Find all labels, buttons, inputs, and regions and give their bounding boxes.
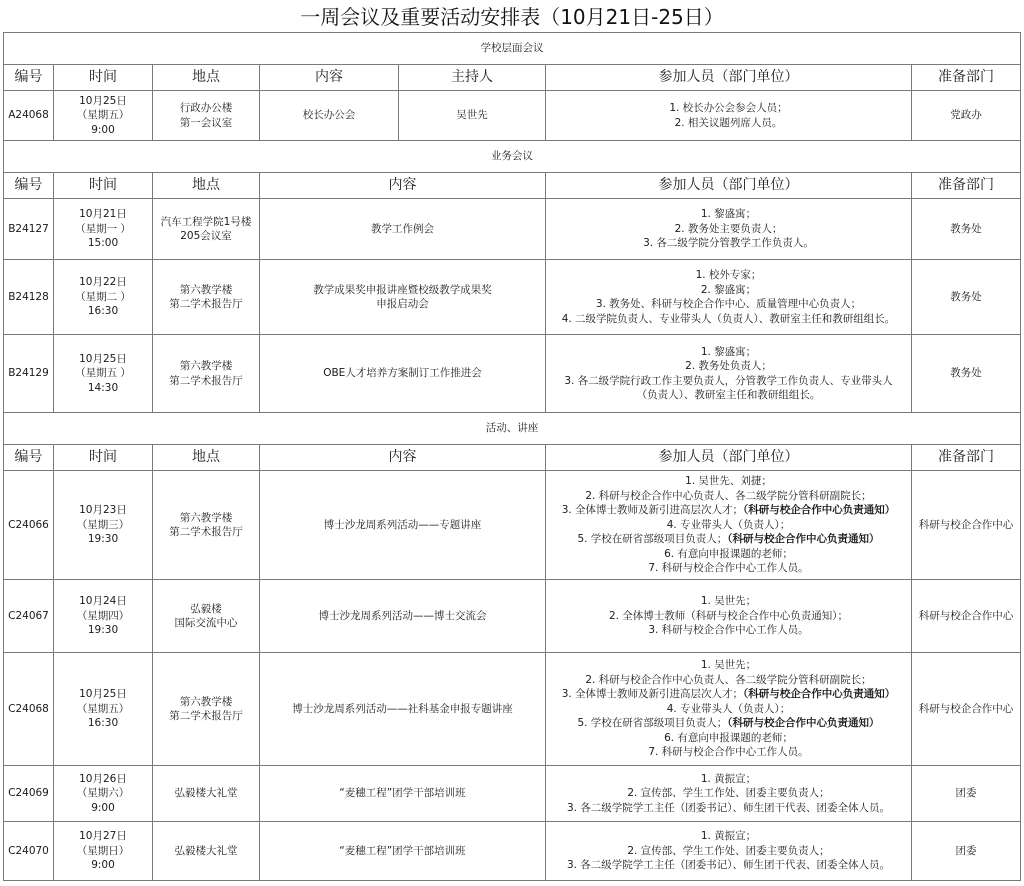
attendee-text: 2. 教务处主要负责人；	[675, 223, 783, 235]
event-place: 行政办公楼第一会议室	[153, 91, 260, 141]
section-title: 活动、讲座	[4, 413, 1021, 445]
event-place: 弘毅楼大礼堂	[153, 766, 260, 822]
event-attendees: 1. 校外专家；2. 黎盛寓；3. 教务处、科研与校企合作中心、质量管理中心负责…	[546, 260, 912, 335]
event-content: OBE人才培养方案制订工作推进会	[260, 335, 546, 413]
table-row: B2412910月25日（星期五 ）14:30第六教学楼第二学术报告厅OBE人才…	[4, 335, 1021, 413]
attendee-text: 5. 学校在研省部级项目负责人；	[577, 717, 727, 729]
event-content: 校长办公会	[260, 91, 399, 141]
event-prep-dept: 党政办	[912, 91, 1021, 141]
attendee-line: 1. 黎盛寓；	[549, 207, 908, 222]
event-host: 吴世先	[399, 91, 546, 141]
time-time: 9:00	[57, 858, 149, 873]
time-weekday: （星期二 ）	[57, 290, 149, 305]
attendee-text: 6. 有意向申报课题的老师；	[664, 732, 793, 744]
time-time: 19:30	[57, 623, 149, 638]
event-time: 10月21日（星期一 ）15:00	[54, 199, 153, 260]
content-line: 博士沙龙周系列活动——社科基金申报专题讲座	[263, 702, 542, 717]
place-line: 行政办公楼	[156, 101, 256, 116]
event-place: 弘毅楼大礼堂	[153, 822, 260, 881]
event-id: C24070	[4, 822, 54, 881]
event-prep-dept: 团委	[912, 822, 1021, 881]
attendee-line: 2. 宣传部、学生工作处、团委主要负责人；	[549, 786, 908, 801]
time-weekday: （星期一 ）	[57, 222, 149, 237]
event-content: 博士沙龙周系列活动——博士交流会	[260, 580, 546, 653]
col-id-header: 编号	[4, 445, 54, 471]
time-weekday: （星期六）	[57, 786, 149, 801]
attendee-text: 7. 科研与校企合作中心工作人员。	[648, 746, 808, 758]
attendee-text: 5. 学校在研省部级项目负责人；	[577, 533, 727, 545]
attendee-text: 2. 宣传部、学生工作处、团委主要负责人；	[627, 787, 829, 799]
place-line: 国际交流中心	[156, 616, 256, 631]
attendee-line: 6. 有意向申报课题的老师；	[549, 547, 908, 562]
col-content-header: 内容	[260, 173, 546, 199]
col-attendees-header: 参加人员（部门单位）	[546, 445, 912, 471]
table-row: A2406810月25日（星期五）9:00行政办公楼第一会议室校长办公会吴世先1…	[4, 91, 1021, 141]
time-date: 10月23日	[57, 503, 149, 518]
event-content: 教学工作例会	[260, 199, 546, 260]
attendee-text: 1. 吴世先；	[701, 659, 756, 671]
content-line: 教学成果奖申报讲座暨校级教学成果奖	[263, 283, 542, 298]
col-place-header: 地点	[153, 445, 260, 471]
time-weekday: （星期五）	[57, 702, 149, 717]
attendee-line: 1. 黄振宣；	[549, 772, 908, 787]
attendee-line: 4. 专业带头人（负责人）；	[549, 518, 908, 533]
time-weekday: （星期日）	[57, 844, 149, 859]
place-line: 汽车工程学院1号楼	[156, 215, 256, 230]
attendee-text: 2. 教务处负责人；	[685, 360, 772, 372]
col-attendees-header: 参加人员（部门单位）	[546, 173, 912, 199]
notice-note: （科研与校企合作中心负责通知）	[743, 504, 895, 516]
content-line: OBE人才培养方案制订工作推进会	[263, 366, 542, 381]
attendee-text: 2. 科研与校企合作中心负责人、各二级学院分管科研副院长；	[585, 490, 871, 502]
notice-note: （科研与校企合作中心负责通知）	[727, 717, 879, 729]
event-attendees: 1. 黄振宣；2. 宣传部、学生工作处、团委主要负责人；3. 各二级学院学工主任…	[546, 822, 912, 881]
table-row: C2406910月26日（星期六）9:00弘毅楼大礼堂“麦穗工程”团学干部培训班…	[4, 766, 1021, 822]
content-line: “麦穗工程”团学干部培训班	[263, 844, 542, 859]
attendee-line: 1. 校外专家；	[549, 268, 908, 283]
time-time: 14:30	[57, 381, 149, 396]
time-date: 10月25日	[57, 687, 149, 702]
attendee-line: 1. 吴世先；	[549, 658, 908, 673]
time-time: 15:00	[57, 236, 149, 251]
event-prep-dept: 教务处	[912, 335, 1021, 413]
attendee-text: 2. 宣传部、学生工作处、团委主要负责人；	[627, 845, 829, 857]
event-time: 10月22日（星期二 ）16:30	[54, 260, 153, 335]
attendee-line: 3. 各二级学院分管教学工作负责人。	[549, 236, 908, 251]
content-line: 博士沙龙周系列活动——专题讲座	[263, 518, 542, 533]
event-place: 第六教学楼第二学术报告厅	[153, 471, 260, 580]
attendee-line: 1. 黄振宣；	[549, 829, 908, 844]
event-prep-dept: 教务处	[912, 260, 1021, 335]
event-content: 博士沙龙周系列活动——专题讲座	[260, 471, 546, 580]
time-date: 10月27日	[57, 829, 149, 844]
attendee-text: 2. 相关议题列席人员。	[675, 117, 783, 129]
attendee-text: 2. 科研与校企合作中心负责人、各二级学院分管科研副院长；	[585, 674, 871, 686]
attendee-line: 1. 校长办公会参会人员；	[549, 101, 908, 116]
event-content: 博士沙龙周系列活动——社科基金申报专题讲座	[260, 653, 546, 766]
col-time-header: 时间	[54, 445, 153, 471]
notice-note: （科研与校企合作中心负责通知）	[743, 688, 895, 700]
attendee-text: 1. 黄振宣；	[701, 773, 756, 785]
attendee-line: 7. 科研与校企合作中心工作人员。	[549, 745, 908, 760]
attendee-line: 2. 黎盛寓；	[549, 283, 908, 298]
attendee-line: 1. 黎盛寓；	[549, 345, 908, 360]
attendee-text: 4. 二级学院负责人、专业带头人（负责人）、教研室主任和教研组组长。	[562, 313, 896, 325]
place-line: 第六教学楼	[156, 511, 256, 526]
attendee-line: 2. 教务处负责人；	[549, 359, 908, 374]
content-line: “麦穗工程”团学干部培训班	[263, 786, 542, 801]
section-title: 业务会议	[4, 141, 1021, 173]
event-attendees: 1. 吴世先；2. 科研与校企合作中心负责人、各二级学院分管科研副院长；3. 全…	[546, 653, 912, 766]
attendee-text: （负责人）、教研室主任和教研组组长。	[637, 389, 821, 401]
attendee-text: 3. 各二级学院学工主任（团委书记）、师生团干代表、团委全体人员。	[567, 859, 890, 871]
col-id-header: 编号	[4, 65, 54, 91]
attendee-line: 3. 全体博士教师及新引进高层次人才；（科研与校企合作中心负责通知）	[549, 687, 908, 702]
attendee-line: 5. 学校在研省部级项目负责人；（科研与校企合作中心负责通知）	[549, 716, 908, 731]
column-header-row: 编号时间地点内容主持人参加人员（部门单位）准备部门	[4, 65, 1021, 91]
table-row: C2406710月24日（星期四）19:30弘毅楼国际交流中心博士沙龙周系列活动…	[4, 580, 1021, 653]
attendee-text: 6. 有意向申报课题的老师；	[664, 548, 793, 560]
attendee-line: 3. 各二级学院行政工作主要负责人，分管教学工作负责人、专业带头人	[549, 374, 908, 389]
attendee-line: 6. 有意向申报课题的老师；	[549, 731, 908, 746]
section-header-row: 业务会议	[4, 141, 1021, 173]
attendee-line: 3. 各二级学院学工主任（团委书记）、师生团干代表、团委全体人员。	[549, 801, 908, 816]
event-place: 第六教学楼第二学术报告厅	[153, 260, 260, 335]
event-prep-dept: 科研与校企合作中心	[912, 653, 1021, 766]
attendee-text: 3. 各二级学院分管教学工作负责人。	[643, 237, 814, 249]
time-time: 9:00	[57, 123, 149, 138]
attendee-text: 2. 全体博士教师（科研与校企合作中心负责通知）；	[609, 610, 848, 622]
place-line: 第二学术报告厅	[156, 709, 256, 724]
event-time: 10月25日（星期五）9:00	[54, 91, 153, 141]
col-id-header: 编号	[4, 173, 54, 199]
column-header-row: 编号时间地点内容参加人员（部门单位）准备部门	[4, 173, 1021, 199]
event-prep-dept: 科研与校企合作中心	[912, 580, 1021, 653]
event-id: B24127	[4, 199, 54, 260]
attendee-text: 1. 校长办公会参会人员；	[669, 102, 787, 114]
attendee-line: 2. 全体博士教师（科研与校企合作中心负责通知）；	[549, 609, 908, 624]
attendee-text: 4. 专业带头人（负责人）；	[667, 519, 791, 531]
place-line: 弘毅楼大礼堂	[156, 844, 256, 859]
place-line: 第二学术报告厅	[156, 297, 256, 312]
event-attendees: 1. 校长办公会参会人员；2. 相关议题列席人员。	[546, 91, 912, 141]
attendee-line: 1. 吴世先；	[549, 594, 908, 609]
place-line: 弘毅楼	[156, 602, 256, 617]
event-attendees: 1. 吴世先、刘捷；2. 科研与校企合作中心负责人、各二级学院分管科研副院长；3…	[546, 471, 912, 580]
event-place: 汽车工程学院1号楼205会议室	[153, 199, 260, 260]
time-time: 16:30	[57, 304, 149, 319]
column-header-row: 编号时间地点内容参加人员（部门单位）准备部门	[4, 445, 1021, 471]
time-weekday: （星期三）	[57, 518, 149, 533]
time-weekday: （星期五）	[57, 108, 149, 123]
event-content: “麦穗工程”团学干部培训班	[260, 766, 546, 822]
attendee-line: 4. 二级学院负责人、专业带头人（负责人）、教研室主任和教研组组长。	[549, 312, 908, 327]
section-header-row: 学校层面会议	[4, 33, 1021, 65]
col-time-header: 时间	[54, 173, 153, 199]
col-content-header: 内容	[260, 445, 546, 471]
event-attendees: 1. 黎盛寓；2. 教务处负责人；3. 各二级学院行政工作主要负责人，分管教学工…	[546, 335, 912, 413]
place-line: 第二学术报告厅	[156, 374, 256, 389]
time-date: 10月25日	[57, 94, 149, 109]
attendee-line: 1. 吴世先、刘捷；	[549, 474, 908, 489]
event-prep-dept: 团委	[912, 766, 1021, 822]
event-attendees: 1. 吴世先；2. 全体博士教师（科研与校企合作中心负责通知）；3. 科研与校企…	[546, 580, 912, 653]
time-time: 19:30	[57, 532, 149, 547]
time-date: 10月25日	[57, 352, 149, 367]
section-title: 学校层面会议	[4, 33, 1021, 65]
event-time: 10月25日（星期五）16:30	[54, 653, 153, 766]
event-content: “麦穗工程”团学干部培训班	[260, 822, 546, 881]
event-attendees: 1. 黎盛寓；2. 教务处主要负责人；3. 各二级学院分管教学工作负责人。	[546, 199, 912, 260]
attendee-line: 3. 科研与校企合作中心工作人员。	[549, 623, 908, 638]
event-id: B24128	[4, 260, 54, 335]
content-line: 教学工作例会	[263, 222, 542, 237]
attendee-line: 3. 教务处、科研与校企合作中心、质量管理中心负责人；	[549, 297, 908, 312]
attendee-line: 3. 全体博士教师及新引进高层次人才；（科研与校企合作中心负责通知）	[549, 503, 908, 518]
attendee-line: 4. 专业带头人（负责人）；	[549, 702, 908, 717]
col-time-header: 时间	[54, 65, 153, 91]
event-id: A24068	[4, 91, 54, 141]
time-time: 9:00	[57, 801, 149, 816]
place-line: 弘毅楼大礼堂	[156, 786, 256, 801]
table-row: C2406610月23日（星期三）19:30第六教学楼第二学术报告厅博士沙龙周系…	[4, 471, 1021, 580]
content-line: 申报启动会	[263, 297, 542, 312]
attendee-text: 3. 教务处、科研与校企合作中心、质量管理中心负责人；	[596, 298, 861, 310]
col-attendees-header: 参加人员（部门单位）	[546, 65, 912, 91]
event-prep-dept: 教务处	[912, 199, 1021, 260]
col-place-header: 地点	[153, 65, 260, 91]
event-id: C24066	[4, 471, 54, 580]
event-prep-dept: 科研与校企合作中心	[912, 471, 1021, 580]
attendee-text: 7. 科研与校企合作中心工作人员。	[648, 562, 808, 574]
content-line: 博士沙龙周系列活动——博士交流会	[263, 609, 542, 624]
time-weekday: （星期四）	[57, 609, 149, 624]
event-id: C24068	[4, 653, 54, 766]
time-time: 16:30	[57, 716, 149, 731]
event-id: C24067	[4, 580, 54, 653]
table-row: C2406810月25日（星期五）16:30第六教学楼第二学术报告厅博士沙龙周系…	[4, 653, 1021, 766]
col-prep-header: 准备部门	[912, 445, 1021, 471]
attendee-text: 1. 黄振宣；	[701, 830, 756, 842]
page-title: 一周会议及重要活动安排表（10月21日-25日）	[0, 0, 1024, 32]
attendee-text: 3. 全体博士教师及新引进高层次人才；	[562, 688, 743, 700]
attendee-line: （负责人）、教研室主任和教研组组长。	[549, 388, 908, 403]
attendee-line: 3. 各二级学院学工主任（团委书记）、师生团干代表、团委全体人员。	[549, 858, 908, 873]
col-place-header: 地点	[153, 173, 260, 199]
place-line: 第二学术报告厅	[156, 525, 256, 540]
event-place: 弘毅楼国际交流中心	[153, 580, 260, 653]
attendee-line: 2. 宣传部、学生工作处、团委主要负责人；	[549, 844, 908, 859]
notice-note: （科研与校企合作中心负责通知）	[727, 533, 879, 545]
attendee-line: 5. 学校在研省部级项目负责人；（科研与校企合作中心负责通知）	[549, 532, 908, 547]
attendee-line: 2. 相关议题列席人员。	[549, 116, 908, 131]
col-prep-header: 准备部门	[912, 173, 1021, 199]
place-line: 第六教学楼	[156, 359, 256, 374]
attendee-line: 2. 科研与校企合作中心负责人、各二级学院分管科研副院长；	[549, 673, 908, 688]
time-date: 10月21日	[57, 207, 149, 222]
event-time: 10月25日（星期五 ）14:30	[54, 335, 153, 413]
event-time: 10月26日（星期六）9:00	[54, 766, 153, 822]
place-line: 205会议室	[156, 229, 256, 244]
time-date: 10月26日	[57, 772, 149, 787]
attendee-text: 1. 黎盛寓；	[701, 346, 756, 358]
event-time: 10月23日（星期三）19:30	[54, 471, 153, 580]
attendee-line: 2. 科研与校企合作中心负责人、各二级学院分管科研副院长；	[549, 489, 908, 504]
event-place: 第六教学楼第二学术报告厅	[153, 335, 260, 413]
event-attendees: 1. 黄振宣；2. 宣传部、学生工作处、团委主要负责人；3. 各二级学院学工主任…	[546, 766, 912, 822]
place-line: 第六教学楼	[156, 283, 256, 298]
schedule-table: 学校层面会议编号时间地点内容主持人参加人员（部门单位）准备部门A2406810月…	[3, 32, 1021, 881]
event-time: 10月24日（星期四）19:30	[54, 580, 153, 653]
attendee-text: 1. 校外专家；	[696, 269, 762, 281]
attendee-text: 3. 各二级学院学工主任（团委书记）、师生团干代表、团委全体人员。	[567, 802, 890, 814]
table-row: C2407010月27日（星期日）9:00弘毅楼大礼堂“麦穗工程”团学干部培训班…	[4, 822, 1021, 881]
col-prep-header: 准备部门	[912, 65, 1021, 91]
attendee-text: 1. 吴世先；	[701, 595, 756, 607]
attendee-text: 3. 全体博士教师及新引进高层次人才；	[562, 504, 743, 516]
time-weekday: （星期五 ）	[57, 366, 149, 381]
attendee-line: 2. 教务处主要负责人；	[549, 222, 908, 237]
attendee-text: 1. 吴世先、刘捷；	[685, 475, 772, 487]
place-line: 第一会议室	[156, 116, 256, 131]
col-content-header: 内容	[260, 65, 399, 91]
event-id: B24129	[4, 335, 54, 413]
time-date: 10月22日	[57, 275, 149, 290]
attendee-text: 1. 黎盛寓；	[701, 208, 756, 220]
event-time: 10月27日（星期日）9:00	[54, 822, 153, 881]
event-place: 第六教学楼第二学术报告厅	[153, 653, 260, 766]
event-id: C24069	[4, 766, 54, 822]
attendee-text: 3. 各二级学院行政工作主要负责人，分管教学工作负责人、专业带头人	[564, 375, 892, 387]
table-row: B2412710月21日（星期一 ）15:00汽车工程学院1号楼205会议室教学…	[4, 199, 1021, 260]
place-line: 第六教学楼	[156, 695, 256, 710]
attendee-text: 3. 科研与校企合作中心工作人员。	[648, 624, 808, 636]
event-content: 教学成果奖申报讲座暨校级教学成果奖申报启动会	[260, 260, 546, 335]
table-row: B2412810月22日（星期二 ）16:30第六教学楼第二学术报告厅教学成果奖…	[4, 260, 1021, 335]
time-date: 10月24日	[57, 594, 149, 609]
attendee-text: 2. 黎盛寓；	[701, 284, 756, 296]
attendee-line: 7. 科研与校企合作中心工作人员。	[549, 561, 908, 576]
attendee-text: 4. 专业带头人（负责人）；	[667, 703, 791, 715]
section-header-row: 活动、讲座	[4, 413, 1021, 445]
col-host-header: 主持人	[399, 65, 546, 91]
